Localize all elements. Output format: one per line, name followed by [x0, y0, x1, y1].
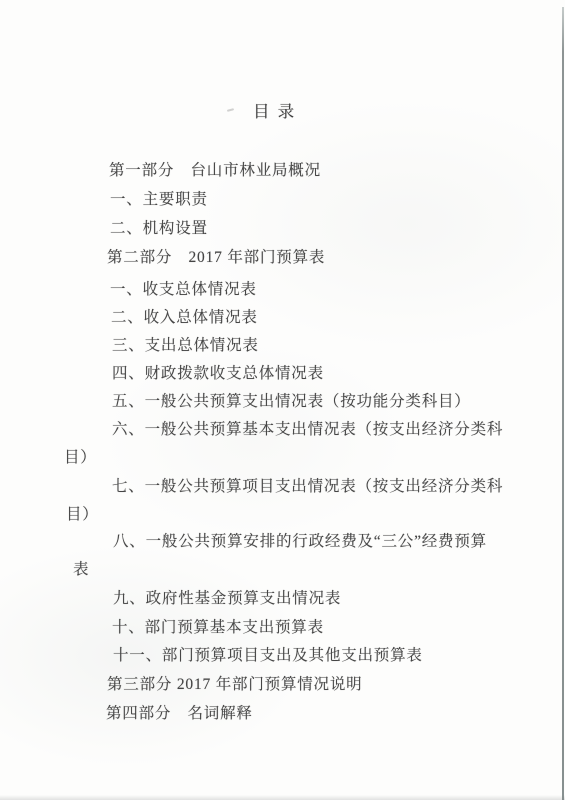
- scan-artifact-dash: [227, 108, 234, 112]
- toc-line: 一、收支总体情况表: [110, 281, 257, 298]
- toc-line: 十一、部门预算项目支出及其他支出预算表: [113, 647, 423, 664]
- toc-line-continuation: 目）: [66, 506, 99, 523]
- toc-line: 八、一般公共预算安排的行政经费及“三公”经费预算: [113, 533, 487, 550]
- toc-line: 三、支出总体情况表: [112, 337, 259, 354]
- toc-line: 二、机构设置: [110, 220, 208, 237]
- toc-line-continuation: 目）: [64, 449, 97, 466]
- toc-line: 一、主要职责: [110, 191, 208, 208]
- toc-line: 九、政府性基金预算支出情况表: [113, 590, 341, 607]
- toc-line: 五、一般公共预算支出情况表（按功能分类科目）: [112, 393, 471, 410]
- toc-line-part1: 第一部分 台山市林业局概况: [109, 162, 321, 179]
- toc-line: 六、一般公共预算基本支出情况表（按支出经济分类科: [112, 421, 503, 438]
- toc-line: 四、财政拨款收支总体情况表: [112, 365, 324, 382]
- page-title: 目 录: [253, 103, 296, 121]
- scanned-document-page: 目 录 第一部分 台山市林业局概况 一、主要职责 二、机构设置 第二部分 201…: [0, 0, 565, 800]
- toc-line: 十、部门预算基本支出预算表: [112, 619, 324, 636]
- toc-line-part2: 第二部分 2017 年部门预算表: [107, 249, 325, 266]
- toc-line-part3: 第三部分 2017 年部门预算情况说明: [107, 676, 362, 693]
- scan-bottom-shadow: [0, 795, 565, 800]
- toc-line-continuation: 表: [73, 561, 89, 578]
- toc-line-part4: 第四部分 名词解释: [106, 705, 253, 722]
- scan-edge-line: [562, 7, 564, 800]
- toc-line: 二、收入总体情况表: [111, 309, 258, 326]
- toc-line: 七、一般公共预算项目支出情况表（按支出经济分类科: [112, 478, 503, 495]
